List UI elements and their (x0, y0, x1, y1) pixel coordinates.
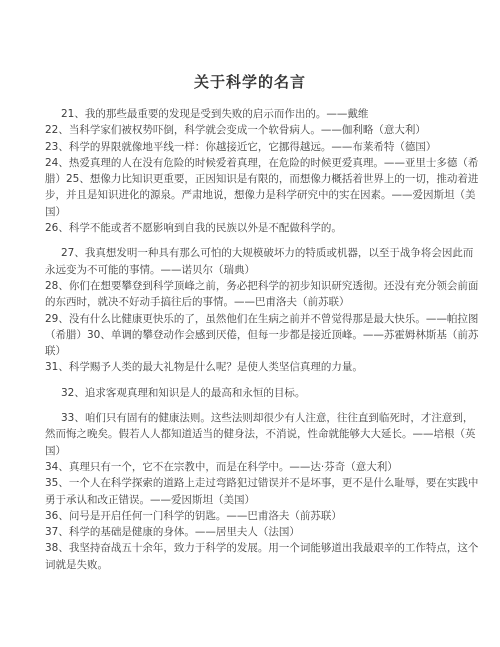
text-line: 21、我的那些最重要的发现是受到失败的启示而作出的。——戴维 (45, 106, 465, 122)
page-title: 关于科学的名言 (0, 71, 500, 92)
text-line: 然而悔之晚矣。假若人人都知道适当的健身法，不消说，性命就能够大大延长。——培根（… (45, 426, 465, 442)
text-line: 国） (45, 204, 465, 220)
text-line: 32、追求客观真理和知识是人的最高和永恒的目标。 (45, 385, 465, 401)
text-line: 35、一个人在科学探索的道路上走过弯路犯过错误并不是坏事，更不是什么耻辱，要在实… (45, 475, 465, 491)
document-body: 21、我的那些最重要的发现是受到失败的启示而作出的。——戴维22、当科学家们被权… (45, 106, 465, 573)
text-line: 27、我真想发明一种具有那么可怕的大规模破坏力的特质或机器，以至于战争将会因此而 (45, 245, 465, 261)
text-line: 23、科学的界限就像地平线一样：你越接近它，它挪得越远。——布莱希特（德国） (45, 139, 465, 155)
text-line: 词就是失败。 (45, 557, 465, 573)
text-line: 联） (45, 343, 465, 359)
text-line: 33、咱们只有固有的健康法则。这些法则却很少有人注意，往往直到临死时，才注意到， (45, 410, 465, 426)
text-line: 36、问号是开启任何一门科学的钥匙。——巴甫洛夫（前苏联） (45, 508, 465, 524)
text-line: 31、科学赐予人类的最大礼物是什么呢？是使人类坚信真理的力量。 (45, 359, 465, 375)
text-line: （希腊）30、单调的攀登动作会感到厌倦，但每一步都是接近顶峰。——苏霍姆林斯基（… (45, 327, 465, 343)
text-line: 腊）25、想像力比知识更重要，正因知识是有限的，而想像力概括着世界上的一切，推动… (45, 171, 465, 187)
document-page: 关于科学的名言 21、我的那些最重要的发现是受到失败的启示而作出的。——戴维22… (0, 0, 500, 647)
text-line: 29、没有什么比健康更快乐的了，虽然他们在生病之前并不曾觉得那是最大快乐。——帕… (45, 311, 465, 327)
text-line: 步，并且是知识进化的源泉。严肃地说，想像力是科学研究中的实在因素。——爱因斯坦（… (45, 187, 465, 203)
text-line: 24、热爱真理的人在没有危险的时候爱着真理，在危险的时候更爱真理。——亚里士多德… (45, 155, 465, 171)
text-line: 34、真理只有一个，它不在宗教中，而是在科学中。——达·芬奇（意大利） (45, 459, 465, 475)
text-line: 37、科学的基础是健康的身体。——居里夫人（法国） (45, 524, 465, 540)
text-line: 永远变为不可能的事情。——诺贝尔（瑞典） (45, 262, 465, 278)
text-line: 的东西时，就决不好动手搞往后的事情。——巴甫洛夫（前苏联） (45, 294, 465, 310)
text-line: 国） (45, 443, 465, 459)
text-line: 26、科学不能或者不愿影响到自我的民族以外是不配做科学的。 (45, 220, 465, 236)
text-line: 28、你们在想要攀登到科学顶峰之前，务必把科学的初步知识研究透彻。还没有充分领会… (45, 278, 465, 294)
text-line: 38、我坚持奋战五十余年，致力于科学的发展。用一个词能够道出我最艰辛的工作特点，… (45, 540, 465, 556)
text-line: 勇于承认和改正错误。——爱因斯坦（美国） (45, 492, 465, 508)
text-line: 22、当科学家们被权势吓倒，科学就会变成一个软骨病人。——伽利略（意大利） (45, 122, 465, 138)
